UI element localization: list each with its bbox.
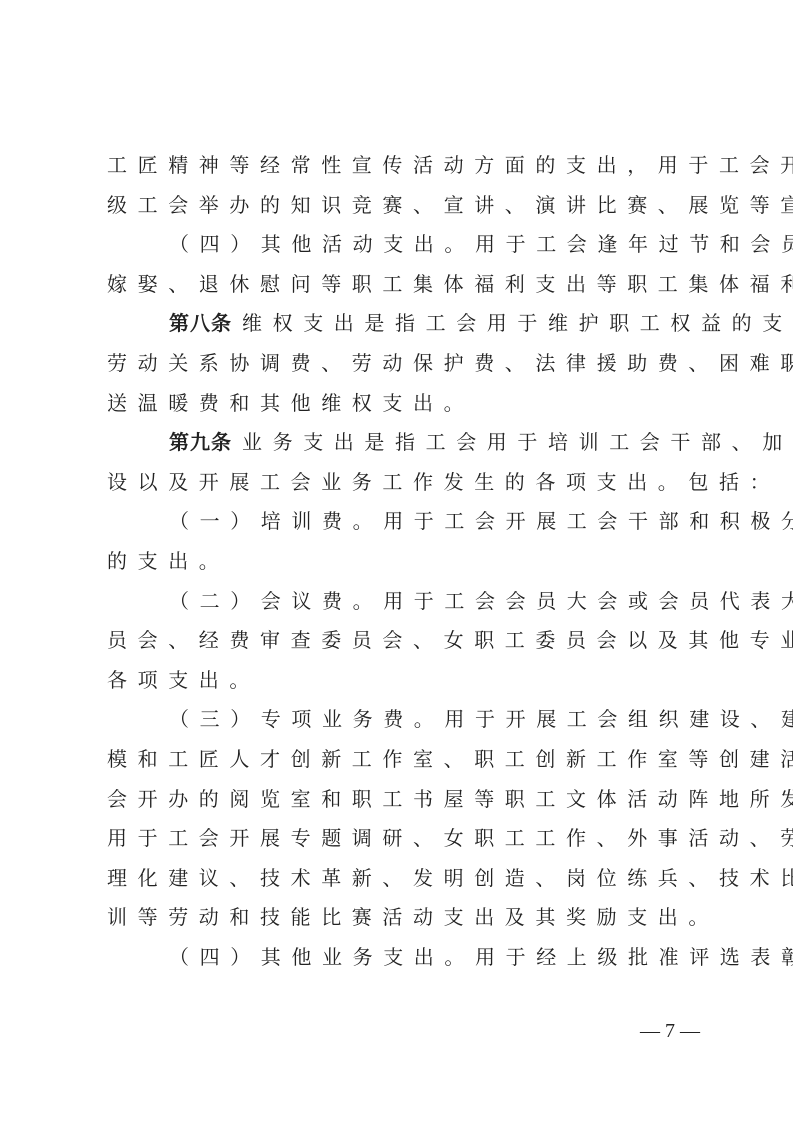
text-line: （四）其他活动支出。用于工会逢年过节和会员生日、婚丧 bbox=[107, 225, 707, 265]
text-line: （四）其他业务支出。用于经上级批准评选表彰的优秀工会 bbox=[107, 938, 707, 978]
page-number: — 7 — bbox=[640, 1020, 700, 1043]
text-line: （一）培训费。用于工会开展工会干部和积极分子培训发生 bbox=[107, 502, 707, 542]
text-line: 理化建议、技术革新、发明创造、岗位练兵、技术比武、技术培 bbox=[107, 859, 707, 899]
text-line: 会开办的阅览室和职工书屋等职工文体活动阵地所发生的支出； bbox=[107, 780, 707, 820]
text-line: 工匠精神等经常性宣传活动方面的支出，用于工会开展或参加上 bbox=[107, 146, 707, 186]
text-line: （三）专项业务费。用于开展工会组织建设、建家活动、劳 bbox=[107, 700, 707, 740]
text-line: 嫁娶、退休慰问等职工集体福利支出等职工集体福利支出。 bbox=[107, 265, 707, 305]
text-line: 训等劳动和技能比赛活动支出及其奖励支出。 bbox=[107, 898, 707, 938]
document-page: 工匠精神等经常性宣传活动方面的支出，用于工会开展或参加上 级工会举办的知识竞赛、… bbox=[0, 0, 793, 1122]
text-line: 员会、经费审查委员会、女职工委员会以及其他专业工作会议的 bbox=[107, 621, 707, 661]
document-body: 工匠精神等经常性宣传活动方面的支出，用于工会开展或参加上 级工会举办的知识竞赛、… bbox=[107, 146, 707, 977]
article-text: 业务支出是指工会用于培训工会干部、加强自身建 bbox=[242, 430, 793, 454]
article-9-line: 第九条业务支出是指工会用于培训工会干部、加强自身建 bbox=[107, 423, 707, 463]
text-line: 各项支出。 bbox=[107, 661, 707, 701]
text-line: 级工会举办的知识竞赛、宣讲、演讲比赛、展览等宣传活动支出。 bbox=[107, 186, 707, 226]
article-heading: 第九条 bbox=[169, 430, 232, 454]
article-8-line: 第八条维权支出是指工会用于维护职工权益的支出。包括： bbox=[107, 304, 707, 344]
text-line: 用于工会开展专题调研、女职工工作、外事活动、劳动竞赛、合 bbox=[107, 819, 707, 859]
text-line: 劳动关系协调费、劳动保护费、法律援助费、困难职工帮扶费、 bbox=[107, 344, 707, 384]
text-line: 的支出。 bbox=[107, 542, 707, 582]
text-line: （二）会议费。用于工会会员大会或会员代表大会、工会委 bbox=[107, 582, 707, 622]
text-line: 设以及开展工会业务工作发生的各项支出。包括： bbox=[107, 463, 707, 503]
article-heading: 第八条 bbox=[169, 311, 232, 335]
text-line: 模和工匠人才创新工作室、职工创新工作室等创建活动；用于工 bbox=[107, 740, 707, 780]
article-text: 维权支出是指工会用于维护职工权益的支出。包括： bbox=[242, 311, 793, 335]
text-line: 送温暖费和其他维权支出。 bbox=[107, 384, 707, 424]
